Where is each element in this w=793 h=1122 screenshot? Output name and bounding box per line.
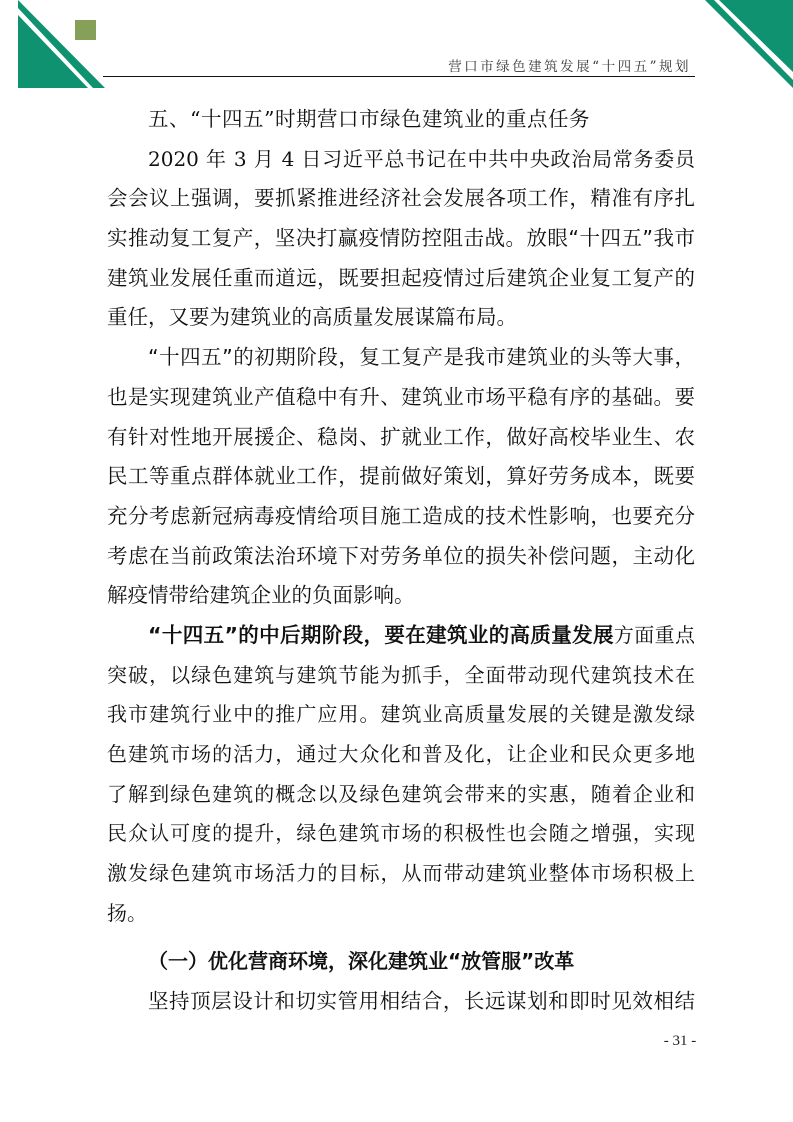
paragraph-line: 考虑在当前政策法治环境下对劳务单位的损失补偿问题，主动化 [107, 537, 695, 577]
paragraph-line: 也是实现建筑业产值稳中有升、建筑业市场平稳有序的基础。要 [107, 378, 695, 418]
header-rule [103, 76, 695, 77]
subsection-first-line: 坚持顶层设计和切实管用相结合，长远谋划和即时见效相结 [107, 982, 695, 1022]
subsection-heading: （一）优化营商环境，深化建筑业“放管服”改革 [107, 942, 695, 982]
paragraph-line: “十四五”的初期阶段，复工复产是我市建筑业的头等大事， [107, 338, 695, 378]
paragraph-line: 解疫情带给建筑企业的负面影响。 [107, 576, 695, 616]
paragraph-line: 我市建筑行业中的推广应用。建筑业高质量发展的关键是激发绿 [107, 695, 695, 735]
paragraph-3: “十四五”的中后期阶段，要在建筑业的高质量发展方面重点 突破，以绿色建筑与建筑节… [107, 616, 695, 934]
paragraph-line: 实推动复工复产，坚决打赢疫情防控阻击战。放眼“十四五”我市 [107, 219, 695, 259]
paragraph-2: “十四五”的初期阶段，复工复产是我市建筑业的头等大事， 也是实现建筑业产值稳中有… [107, 338, 695, 616]
running-header-title: 营口市绿色建筑发展“十四五”规划 [448, 55, 691, 75]
paragraph-line: 扬。 [107, 894, 695, 934]
page-number: - 31 - [640, 1033, 720, 1050]
paragraph-line: 民众认可度的提升，绿色建筑市场的积极性也会随之增强，实现 [107, 814, 695, 854]
bold-phrase: “十四五”的中后期阶段，要在建筑业的高质量发展 [148, 623, 614, 647]
paragraph-line: 了解到绿色建筑的概念以及绿色建筑会带来的实惠，随着企业和 [107, 775, 695, 815]
paragraph-line: 充分考虑新冠病毒疫情给项目施工造成的技术性影响，也要充分 [107, 497, 695, 537]
right-triangle-icon [719, 0, 793, 72]
paragraph-line: 重任，又要为建筑业的高质量发展谋篇布局。 [107, 298, 695, 338]
paragraph-line: 色建筑市场的活力，通过大众化和普及化，让企业和民众更多地 [107, 735, 695, 775]
paragraph-line: 2020 年 3 月 4 日习近平总书记在中共中央政治局常务委员 [107, 140, 695, 180]
section-heading: 五、“十四五”时期营口市绿色建筑业的重点任务 [107, 100, 695, 140]
paragraph-line: 激发绿色建筑市场活力的目标，从而带动建筑业整体市场积极上 [107, 854, 695, 894]
paragraph-line: 建筑业发展任重而道远，既要担起疫情过后建筑企业复工复产的 [107, 259, 695, 299]
page-content: 五、“十四五”时期营口市绿色建筑业的重点任务 2020 年 3 月 4 日习近平… [107, 100, 695, 1022]
paragraph-1: 2020 年 3 月 4 日习近平总书记在中共中央政治局常务委员 会会议上强调，… [107, 140, 695, 338]
paragraph-line: 会会议上强调，要抓紧推进经济社会发展各项工作，精准有序扎 [107, 179, 695, 219]
paragraph-line: 有针对性地开展援企、稳岗、扩就业工作，做好高校毕业生、农 [107, 418, 695, 458]
paragraph-line: 突破，以绿色建筑与建筑节能为抓手，全面带动现代建筑技术在 [107, 656, 695, 696]
olive-square-icon [75, 20, 96, 40]
paragraph-line: 民工等重点群体就业工作，提前做好策划，算好劳务成本，既要 [107, 457, 695, 497]
header-decoration [0, 0, 793, 100]
regular-phrase: 方面重点 [614, 623, 695, 647]
paragraph-line-mixed: “十四五”的中后期阶段，要在建筑业的高质量发展方面重点 [107, 616, 695, 656]
